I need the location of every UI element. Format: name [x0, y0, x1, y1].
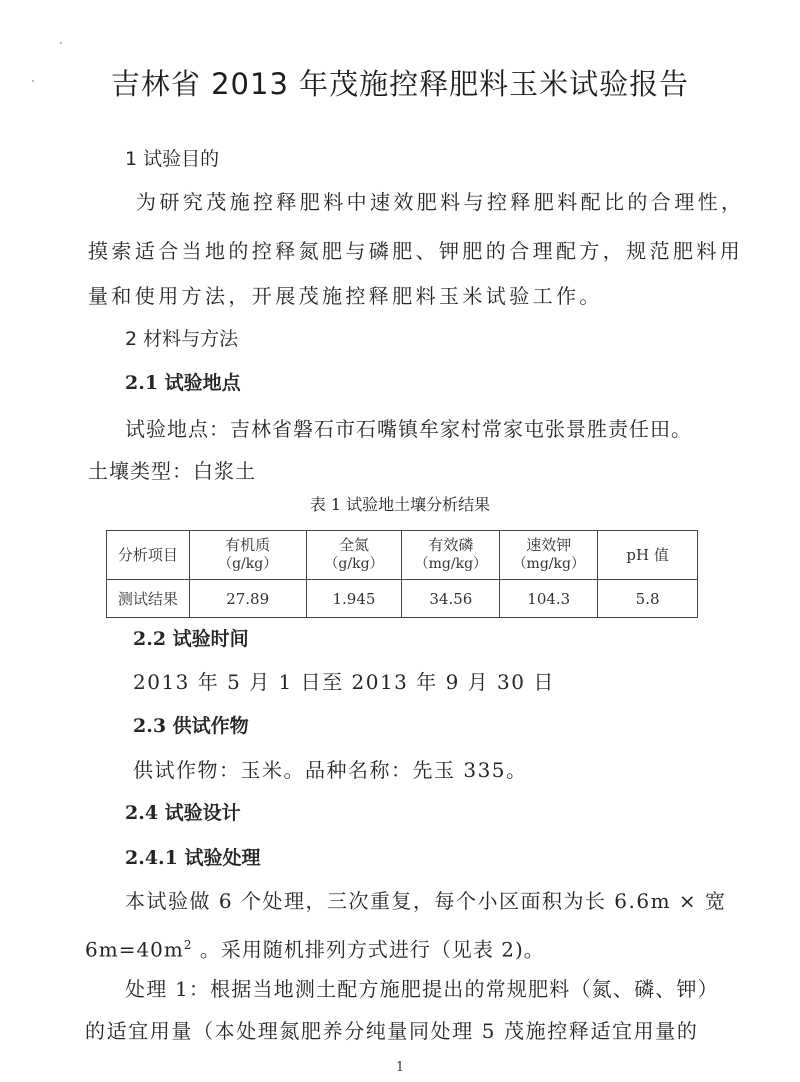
table-cell: 27.89 — [189, 580, 306, 618]
paragraph-line: 量和使用方法，开展茂施控释肥料玉米试验工作。 — [88, 283, 603, 309]
soil-type-text: 土壤类型：白浆土 — [88, 458, 256, 484]
table-cell: 5.8 — [598, 580, 698, 618]
table-1-caption: 表 1 试验地土壤分析结果 — [0, 492, 800, 515]
scan-speck — [60, 42, 62, 44]
crop-text: 供试作物：玉米。品种名称：先玉 335。 — [133, 757, 528, 783]
table-row: 测试结果 27.89 1.945 34.56 104.3 5.8 — [107, 580, 698, 618]
table-header-cell: pH 值 — [598, 531, 698, 580]
table-header-cell: 全氮（g/kg） — [306, 531, 402, 580]
table-header-cell: 有机质（g/kg） — [189, 531, 306, 580]
section-2-4-1-heading: 2.4.1 试验处理 — [125, 845, 261, 871]
section-2-3-heading: 2.3 供试作物 — [133, 713, 249, 739]
paragraph-line: 为研究茂施控释肥料中速效肥料与控释肥料配比的合理性， — [136, 189, 744, 215]
table-header-cell: 速效钾（mg/kg） — [500, 531, 598, 580]
paragraph-line: 摸索适合当地的控释氮肥与磷肥、钾肥的合理配方，规范肥料用 — [88, 238, 743, 264]
section-2-1-heading: 2.1 试验地点 — [125, 370, 241, 396]
soil-analysis-table: 分析项目 有机质（g/kg） 全氮（g/kg） 有效磷（mg/kg） 速效钾（m… — [106, 530, 698, 618]
section-1-heading: 1 试验目的 — [125, 146, 219, 172]
treatment-1-line-2: 的适宜用量（本处理氮肥养分纯量同处理 5 茂施控释适宜用量的 — [85, 1018, 698, 1044]
document-title: 吉林省 2013 年茂施控释肥料玉米试验报告 — [0, 62, 800, 103]
design-line-2: 6m=40m2 。采用随机排列方式进行（见表 2)。 — [85, 932, 545, 963]
section-2-heading: 2 材料与方法 — [125, 326, 238, 352]
location-text: 试验地点：吉林省磐石市石嘴镇牟家村常家屯张景胜责任田。 — [125, 416, 692, 442]
section-2-4-heading: 2.4 试验设计 — [125, 800, 241, 826]
table-header-row: 分析项目 有机质（g/kg） 全氮（g/kg） 有效磷（mg/kg） 速效钾（m… — [107, 531, 698, 580]
section-2-2-heading: 2.2 试验时间 — [133, 626, 249, 652]
table-header-cell: 分析项目 — [107, 531, 190, 580]
design-line-1: 本试验做 6 个处理，三次重复，每个小区面积为长 6.6m × 宽 — [125, 888, 727, 914]
table-header-cell: 有效磷（mg/kg） — [402, 531, 500, 580]
page-number: 1 — [0, 1060, 800, 1075]
document-page: 吉林省 2013 年茂施控释肥料玉米试验报告 1 试验目的 为研究茂施控释肥料中… — [0, 0, 800, 1082]
table-cell: 测试结果 — [107, 580, 190, 618]
trial-period-text: 2013 年 5 月 1 日至 2013 年 9 月 30 日 — [133, 669, 555, 695]
table-cell: 34.56 — [402, 580, 500, 618]
table-cell: 104.3 — [500, 580, 598, 618]
treatment-1-line-1: 处理 1：根据当地测土配方施肥提出的常规肥料（氮、磷、钾） — [125, 976, 719, 1002]
table-cell: 1.945 — [306, 580, 402, 618]
